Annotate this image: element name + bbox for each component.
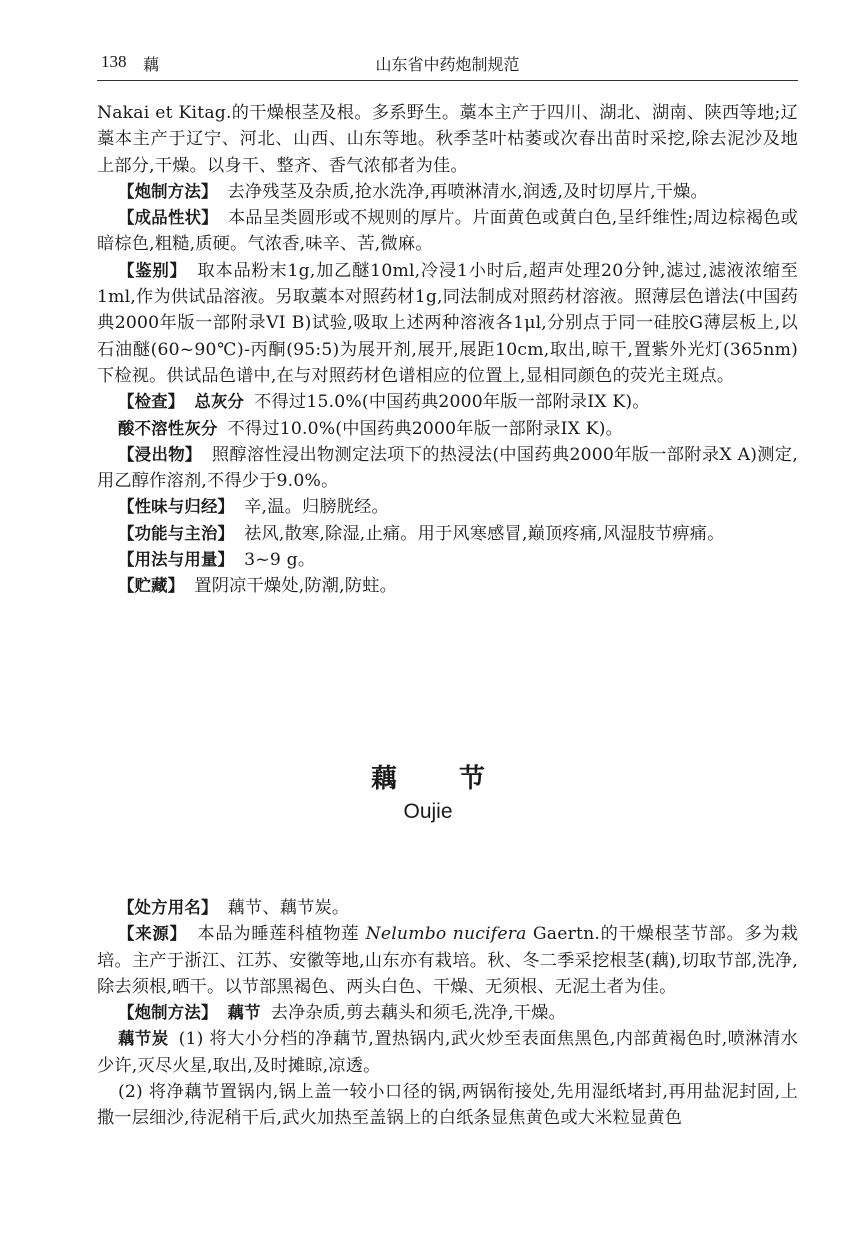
- section-text: 置阴凉干燥处,防潮,防蛀。: [194, 576, 397, 596]
- section-sublabel: 总灰分: [194, 392, 244, 411]
- section-text: 去净残茎及杂质,抢水洗净,再喷淋清水,润透,及时切厚片,干燥。: [228, 182, 708, 202]
- section-prescription-names: 【处方用名】藕节、藕节炭。: [97, 895, 798, 921]
- section-text: 辛,温。归膀胱经。: [244, 497, 389, 517]
- section-label: 【功能与主治】: [118, 524, 234, 543]
- section-text: 3~9 g。: [244, 550, 315, 570]
- section-text: 本品为睡莲科植物莲: [197, 924, 366, 944]
- section-label: 【检查】: [118, 392, 184, 411]
- section-product-characteristics: 【成品性状】本品呈类圆形或不规则的厚片。片面黄色或黄白色,呈纤维性;周边棕褐色或…: [97, 205, 798, 258]
- section-sublabel: 藕节炭: [118, 1029, 169, 1048]
- section-text: 祛风,散寒,除湿,止痛。用于风寒感冒,巅顶疼痛,风湿肢节痹痛。: [244, 524, 724, 544]
- section-label: 【来源】: [118, 924, 187, 943]
- section-extractives: 【浸出物】照醇溶性浸出物测定法项下的热浸法(中国药典2000年版一部附录X A)…: [97, 442, 798, 495]
- section-inspection-acid-insoluble-ash: 酸不溶性灰分不得过10.0%(中国药典2000年版一部附录IX K)。: [97, 416, 798, 442]
- page-header: 138 藕 山东省中药炮制规范: [97, 48, 798, 78]
- entry-body: 【处方用名】藕节、藕节炭。 【来源】本品为睡莲科植物莲 Nelumbo nuci…: [97, 895, 798, 1132]
- section-label: 【处方用名】: [118, 898, 218, 917]
- continued-paragraph: Nakai et Kitag.的干燥根茎及根。多系野生。藁本主产于四川、湖北、湖…: [97, 100, 798, 179]
- section-source: 【来源】本品为睡莲科植物莲 Nelumbo nucifera Gaertn.的干…: [97, 921, 798, 1000]
- header-rule: [97, 80, 798, 81]
- section-text: (1) 将大小分档的净藕节,置热锅内,武火炒至表面焦黑色,内部黄褐色时,喷淋清水…: [97, 1029, 798, 1075]
- section-processing-oujie-charcoal: 藕节炭(1) 将大小分档的净藕节,置热锅内,武火炒至表面焦黑色,内部黄褐色时,喷…: [97, 1026, 798, 1079]
- previous-entry-body: Nakai et Kitag.的干燥根茎及根。多系野生。藁本主产于四川、湖北、湖…: [97, 100, 798, 600]
- section-functions-indications: 【功能与主治】祛风,散寒,除湿,止痛。用于风寒感冒,巅顶疼痛,风湿肢节痹痛。: [97, 521, 798, 547]
- section-inspection-total-ash: 【检查】总灰分不得过15.0%(中国药典2000年版一部附录IX K)。: [97, 389, 798, 415]
- entry-title-char: 节: [459, 758, 485, 795]
- section-label: 【用法与用量】: [118, 550, 234, 569]
- section-storage: 【贮藏】置阴凉干燥处,防潮,防蛀。: [97, 573, 798, 599]
- section-label: 【鉴别】: [118, 261, 187, 280]
- section-text: 照醇溶性浸出物测定法项下的热浸法(中国药典2000年版一部附录X A)测定,用乙…: [97, 445, 798, 491]
- section-text: (2) 将净藕节置锅内,锅上盖一较小口径的锅,两锅衔接处,先用湿纸堵封,再用盐泥…: [97, 1082, 798, 1128]
- section-text: 取本品粉末1g,加乙醚10ml,冷浸1小时后,超声处理20分钟,滤过,滤液浓缩至…: [97, 261, 798, 386]
- section-label: 【成品性状】: [118, 208, 218, 227]
- section-processing: 【炮制方法】去净残茎及杂质,抢水洗净,再喷淋清水,润透,及时切厚片,干燥。: [97, 179, 798, 205]
- section-processing-oujie: 【炮制方法】藕节去净杂质,剪去藕头和须毛,洗净,干燥。: [97, 1000, 798, 1026]
- section-sublabel: 藕节: [228, 1003, 261, 1022]
- section-identification: 【鉴别】取本品粉末1g,加乙醚10ml,冷浸1小时后,超声处理20分钟,滤过,滤…: [97, 258, 798, 389]
- section-usage-dosage: 【用法与用量】3~9 g。: [97, 547, 798, 573]
- section-text: 去净杂质,剪去藕头和须毛,洗净,干燥。: [271, 1003, 566, 1023]
- running-head-book-title: 山东省中药炮制规范: [97, 52, 798, 75]
- section-label: 【贮藏】: [118, 576, 184, 595]
- section-nature-meridian: 【性味与归经】辛,温。归膀胱经。: [97, 494, 798, 520]
- section-label: 【浸出物】: [118, 445, 202, 464]
- section-text: 藕节、藕节炭。: [228, 898, 350, 918]
- section-text: 不得过10.0%(中国药典2000年版一部附录IX K)。: [228, 419, 624, 439]
- section-processing-method-2: (2) 将净藕节置锅内,锅上盖一较小口径的锅,两锅衔接处,先用湿纸堵封,再用盐泥…: [97, 1079, 798, 1132]
- latin-name: Nelumbo nucifera: [366, 924, 527, 944]
- entry-pinyin: Oujie: [0, 800, 856, 824]
- section-label: 【性味与归经】: [118, 497, 234, 516]
- section-text: 不得过15.0%(中国药典2000年版一部附录IX K)。: [254, 392, 650, 412]
- section-label: 【炮制方法】: [118, 182, 218, 201]
- entry-title-char: 藕: [371, 758, 397, 795]
- section-label: 【炮制方法】: [118, 1003, 218, 1022]
- entry-title: 藕节: [0, 758, 856, 795]
- section-sublabel: 酸不溶性灰分: [118, 419, 218, 438]
